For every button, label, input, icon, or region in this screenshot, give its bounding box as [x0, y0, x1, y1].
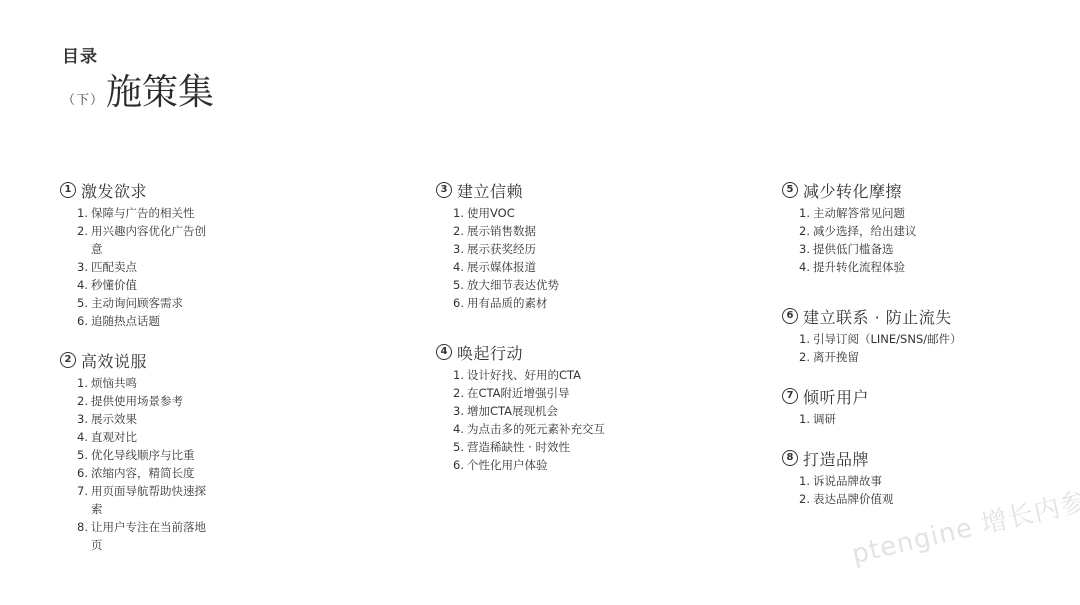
- section-title: 唤起行动: [457, 341, 523, 364]
- list-item: 4.直观对比: [77, 428, 217, 446]
- list-item: 2.在CTA附近增强引导: [453, 384, 673, 402]
- page-title: 施策集: [106, 72, 214, 114]
- list-item: 3.展示获奖经历: [453, 240, 673, 258]
- section-title: 高效说服: [81, 349, 147, 372]
- title-prefix: （下）: [62, 89, 104, 108]
- list-item: 5.主动询问顾客需求: [77, 294, 217, 312]
- section-5: 5 减少转化摩擦 1.主动解答常见问题 2.减少选择，给出建议 3.提供低门槛备…: [782, 178, 1062, 276]
- list-item: 5.放大细节表达优势: [453, 276, 673, 294]
- list-item: 1.引导订阅（LINE/SNS/邮件）: [799, 330, 1019, 348]
- section-title: 建立联系 · 防止流失: [803, 305, 952, 328]
- column-2: 3 建立信赖 1.使用VOC 2.展示销售数据 3.展示获奖经历 4.展示媒体报…: [436, 178, 716, 486]
- list-item: 6.追随热点话题: [77, 312, 217, 330]
- list-item: 2.展示销售数据: [453, 222, 673, 240]
- column-3: 5 减少转化摩擦 1.主动解答常见问题 2.减少选择，给出建议 3.提供低门槛备…: [782, 178, 1062, 520]
- circle-number-icon: 5: [782, 182, 798, 198]
- circle-number-icon: 7: [782, 388, 798, 404]
- list-item: 1.主动解答常见问题: [799, 204, 1019, 222]
- list-item: 5.营造稀缺性 · 时效性: [453, 438, 673, 456]
- list-item: 4.秒懂价值: [77, 276, 217, 294]
- circle-number-icon: 1: [60, 182, 76, 198]
- column-1: 1 激发欲求 1.保障与广告的相关性 2.用兴趣内容优化广告创意 3.匹配卖点 …: [60, 178, 340, 566]
- list-item: 3.增加CTA展现机会: [453, 402, 673, 420]
- list-item: 8.让用户专注在当前落地页: [77, 518, 217, 554]
- page-subtitle: 目录: [62, 42, 98, 67]
- circle-number-icon: 8: [782, 450, 798, 466]
- circle-number-icon: 6: [782, 308, 798, 324]
- circle-number-icon: 2: [60, 352, 76, 368]
- list-item: 6.浓缩内容，精简长度: [77, 464, 217, 482]
- list-item: 3.提供低门槛备选: [799, 240, 1019, 258]
- list-item: 4.为点击多的死元素补充交互: [453, 420, 673, 438]
- section-title: 建立信赖: [457, 179, 523, 202]
- list-item: 1.诉说品牌故事: [799, 472, 1019, 490]
- list-item: 1.烦恼共鸣: [77, 374, 217, 392]
- section-title: 减少转化摩擦: [803, 179, 902, 202]
- list-item: 3.展示效果: [77, 410, 217, 428]
- section-4: 4 唤起行动 1.设计好找、好用的CTA 2.在CTA附近增强引导 3.增加CT…: [436, 340, 716, 474]
- list-item: 4.提升转化流程体验: [799, 258, 1019, 276]
- list-item: 2.减少选择，给出建议: [799, 222, 1019, 240]
- page-title-row: （下） 施策集: [62, 72, 214, 114]
- section-1: 1 激发欲求 1.保障与广告的相关性 2.用兴趣内容优化广告创意 3.匹配卖点 …: [60, 178, 340, 330]
- list-item: 1.使用VOC: [453, 204, 673, 222]
- list-item: 6.用有品质的素材: [453, 294, 673, 312]
- section-title: 打造品牌: [803, 447, 869, 470]
- list-item: 1.调研: [799, 410, 1019, 428]
- list-item: 2.提供使用场景参考: [77, 392, 217, 410]
- list-item: 5.优化导线顺序与比重: [77, 446, 217, 464]
- section-2: 2 高效说服 1.烦恼共鸣 2.提供使用场景参考 3.展示效果 4.直观对比 5…: [60, 348, 340, 554]
- list-item: 1.保障与广告的相关性: [77, 204, 217, 222]
- list-item: 7.用页面导航帮助快速探索: [77, 482, 217, 518]
- list-item: 2.离开挽留: [799, 348, 1019, 366]
- list-item: 3.匹配卖点: [77, 258, 217, 276]
- circle-number-icon: 4: [436, 344, 452, 360]
- circle-number-icon: 3: [436, 182, 452, 198]
- list-item: 6.个性化用户体验: [453, 456, 673, 474]
- list-item: 2.用兴趣内容优化广告创意: [77, 222, 217, 258]
- section-3: 3 建立信赖 1.使用VOC 2.展示销售数据 3.展示获奖经历 4.展示媒体报…: [436, 178, 716, 312]
- section-7: 7 倾听用户 1.调研: [782, 384, 1062, 428]
- section-title: 激发欲求: [81, 179, 147, 202]
- section-6: 6 建立联系 · 防止流失 1.引导订阅（LINE/SNS/邮件） 2.离开挽留: [782, 304, 1062, 366]
- section-title: 倾听用户: [803, 385, 869, 408]
- list-item: 1.设计好找、好用的CTA: [453, 366, 673, 384]
- list-item: 4.展示媒体报道: [453, 258, 673, 276]
